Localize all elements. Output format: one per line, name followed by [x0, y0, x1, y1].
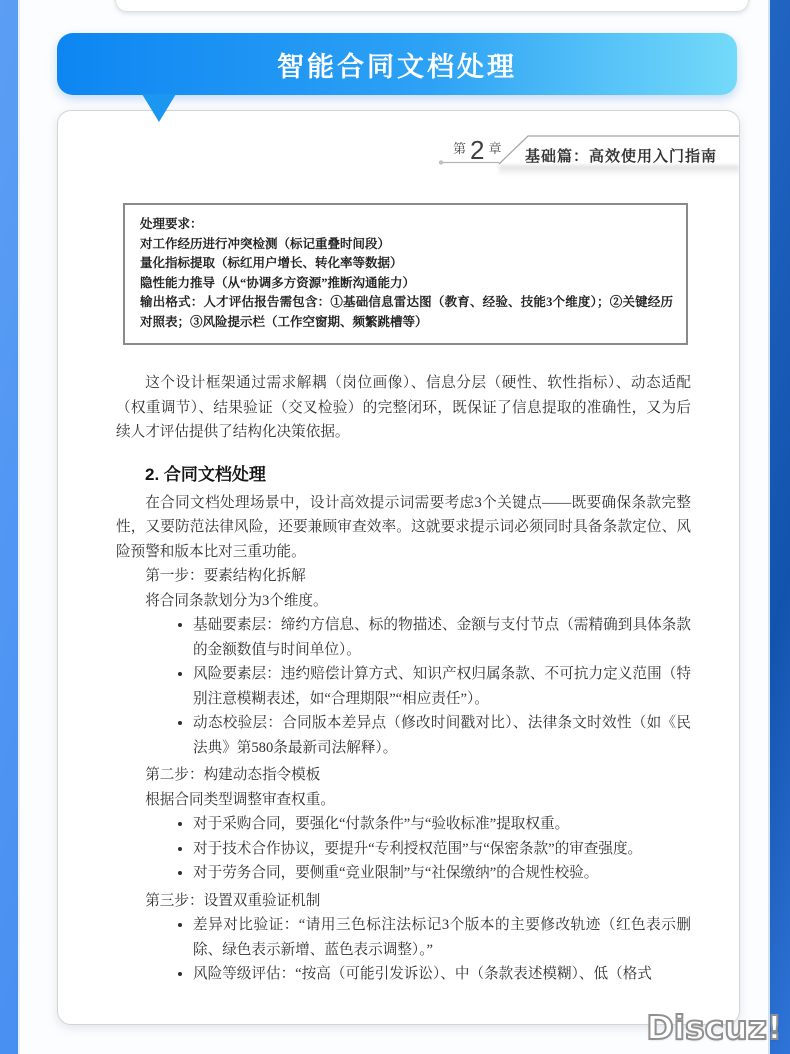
- step1-bullet-list: 基础要素层：缔约方信息、标的物描述、金额与支付节点（需精确到具体条款的金额数值与…: [116, 613, 691, 760]
- banner-title: 智能合同文档处理: [277, 45, 517, 84]
- page-background: 智能合同文档处理 第2章 基础篇：高效使用入门指南 处理要求：对工作经历: [0, 0, 790, 1054]
- section-banner: 智能合同文档处理: [57, 33, 737, 95]
- chapter-number-value: 2: [470, 135, 484, 165]
- bullet-item: 对于采购合同，要强化“付款条件”与“验收标准”提取权重。: [193, 812, 691, 837]
- chapter-number: 第2章: [453, 135, 502, 166]
- document-page: 第2章 基础篇：高效使用入门指南 处理要求：对工作经历进行冲突检测（标记重叠时间…: [57, 110, 740, 1025]
- section-heading: 2. 合同文档处理: [116, 464, 691, 486]
- bullet-item: 风险等级评估：“按高（可能引发诉讼）、中（条款表述模糊）、低（格式: [193, 962, 691, 987]
- step1-intro: 将合同条款划分为3个维度。: [116, 589, 691, 614]
- chapter-tab-shadow: [499, 165, 739, 176]
- previous-card-bottom-edge: [115, 0, 749, 12]
- paragraph-intro: 在合同文档处理场景中，设计高效提示词需要考虑3个关键点——既要确保条款完整性，又…: [116, 491, 691, 565]
- step3-title: 第三步：设置双重验证机制: [116, 889, 691, 914]
- discuz-watermark: Discuz!: [646, 1008, 782, 1047]
- requirement-line: 对工作经历进行冲突检测（标记重叠时间段）: [140, 235, 673, 255]
- page-content: 处理要求：对工作经历进行冲突检测（标记重叠时间段）量化指标提取（标红用户增长、转…: [116, 203, 691, 987]
- step1-title: 第一步：要素结构化拆解: [116, 564, 691, 589]
- chapter-number-prefix: 第: [453, 141, 466, 156]
- chapter-header: 第2章 基础篇：高效使用入门指南: [437, 131, 739, 189]
- requirements-box: 处理要求：对工作经历进行冲突检测（标记重叠时间段）量化指标提取（标红用户增长、转…: [123, 203, 688, 345]
- chapter-section-title: 基础篇：高效使用入门指南: [525, 145, 717, 166]
- bullet-item: 动态校验层：合同版本差异点（修改时间戳对比）、法律条文时效性（如《民法典》第58…: [193, 711, 691, 760]
- banner-pointer-triangle: [142, 94, 176, 122]
- step3-bullet-list: 差异对比验证：“请用三色标注法标记3个版本的主要修改轨迹（红色表示删除、绿色表示…: [116, 913, 691, 987]
- bullet-item: 对于技术合作协议，要提升“专利授权范围”与“保密条款”的审查强度。: [193, 837, 691, 862]
- content-column: 智能合同文档处理 第2章 基础篇：高效使用入门指南 处理要求：对工作经历: [18, 0, 770, 1054]
- requirement-line: 处理要求：: [140, 215, 673, 235]
- bullet-item: 对于劳务合同，要侧重“竞业限制”与“社保缴纳”的合规性校验。: [193, 861, 691, 886]
- step2-title: 第二步：构建动态指令模板: [116, 763, 691, 788]
- requirement-line: 输出格式：人才评估报告需包含：①基础信息雷达图（教育、经验、技能3个维度）；②关…: [140, 293, 673, 332]
- requirement-line: 量化指标提取（标红用户增长、转化率等数据）: [140, 254, 673, 274]
- step2-bullet-list: 对于采购合同，要强化“付款条件”与“验收标准”提取权重。对于技术合作协议，要提升…: [116, 812, 691, 886]
- requirement-line: 隐性能力推导（从“协调多方资源”推断沟通能力）: [140, 274, 673, 294]
- chapter-number-suffix: 章: [488, 141, 501, 156]
- bullet-item: 基础要素层：缔约方信息、标的物描述、金额与支付节点（需精确到具体条款的金额数值与…: [193, 613, 691, 662]
- step2-intro: 根据合同类型调整审查权重。: [116, 788, 691, 813]
- bullet-item: 差异对比验证：“请用三色标注法标记3个版本的主要修改轨迹（红色表示删除、绿色表示…: [193, 913, 691, 962]
- paragraph-summary: 这个设计框架通过需求解耦（岗位画像）、信息分层（硬性、软性指标）、动态适配（权重…: [116, 371, 691, 445]
- bullet-item: 风险要素层：违约赔偿计算方式、知识产权归属条款、不可抗力定义范围（特别注意模糊表…: [193, 662, 691, 711]
